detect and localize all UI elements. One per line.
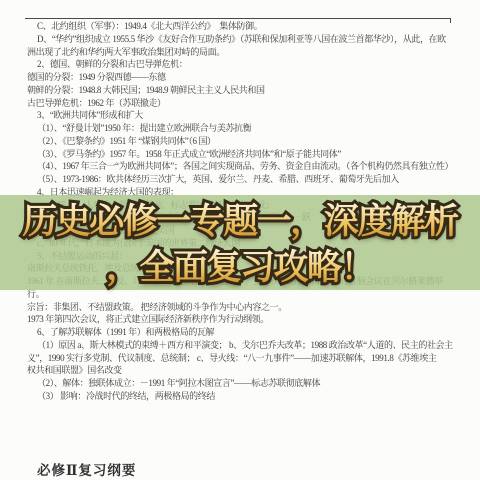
scanned-notes-page: C、北约组织（军事）：1949.4《北大西洋公约》 集体防御。D、“华约”组织成… [0, 0, 480, 480]
doc-line: 3、“欧洲共同体”形成和扩大 [0, 109, 474, 122]
doc-line: C、北约组织（军事）：1949.4《北大西洋公约》 集体防御。 [0, 20, 474, 33]
page-top-rule [25, 18, 451, 19]
doc-line: 义”，1990 实行多党制、代议制度、总统制； c、导火线：“八一九事件”——加… [0, 352, 474, 365]
doc-line: 古巴导弹危机：1962 年（苏联撤走） [0, 97, 474, 110]
doc-line: 权共和国联盟》国名改变 [0, 364, 474, 377]
doc-line: 朝鲜的分裂：1948.8 大韩民国；1948.9 朝鲜民主主义人民共和国 [0, 84, 474, 97]
footer-section-title: 必修Ⅱ复习纲要 [37, 459, 136, 479]
doc-line: 1973 年第四次会议，将正式建立国际经济新秩序作为行动纲领。 [0, 313, 474, 326]
headline-line1: 历史必修一专题一，深度解析 [0, 199, 480, 245]
doc-line: （5）、1973-1986：欧共体经历三次扩大，英国、爱尔兰、丹麦、希腊、西班牙… [0, 173, 474, 186]
doc-line: （1）、“舒曼计划”1950 年：提出建立欧洲联合与美苏抗衡 [0, 122, 474, 135]
doc-line: （2）、解体：独联体成立：－1991 年“阿拉木图宣言”——标志苏联彻底解体 [0, 377, 474, 390]
doc-line: （3）、《罗马条约》1957 年。1958 年正式成立“欧洲经济共同体”和“原子… [0, 148, 474, 161]
doc-line: 宗旨：非集团、不结盟政策。 把经济领域的斗争作为中心内容之一。 [0, 301, 474, 314]
doc-line: （2）、《巴黎条约》1951 年 “煤钢共同体”（6 国） [0, 135, 474, 148]
doc-line: （1）原因 a、斯大林模式的束缚＋西方和平演变； b、戈尔巴乔夫改革；1988 … [0, 339, 474, 352]
doc-line: （3） 影响：冷战时代的终结，两极格局的终结 [0, 390, 474, 403]
doc-line: （4）、1967 年三合一“为欧洲共同体”；各国之间实现商品、劳务、资金自由流动… [0, 160, 474, 173]
doc-line: 洲出现了北约和华约两大军事政治集团对峙的局面。 [0, 46, 474, 59]
doc-line: 2、德国、朝鲜的分裂和古巴导弹危机： [0, 58, 474, 71]
doc-line: D、“华约”组织成立 1955.5 华沙《友好合作互助条约》（苏联和保加利亚等八… [0, 33, 474, 46]
headline-line2: ，全面复习攻略！ [0, 245, 480, 291]
doc-line: 德国的分裂：1949 分裂西德——东德 [0, 71, 474, 84]
doc-line: 6、了解苏联解体（1991 年）和两极格局的瓦解 [0, 326, 474, 339]
